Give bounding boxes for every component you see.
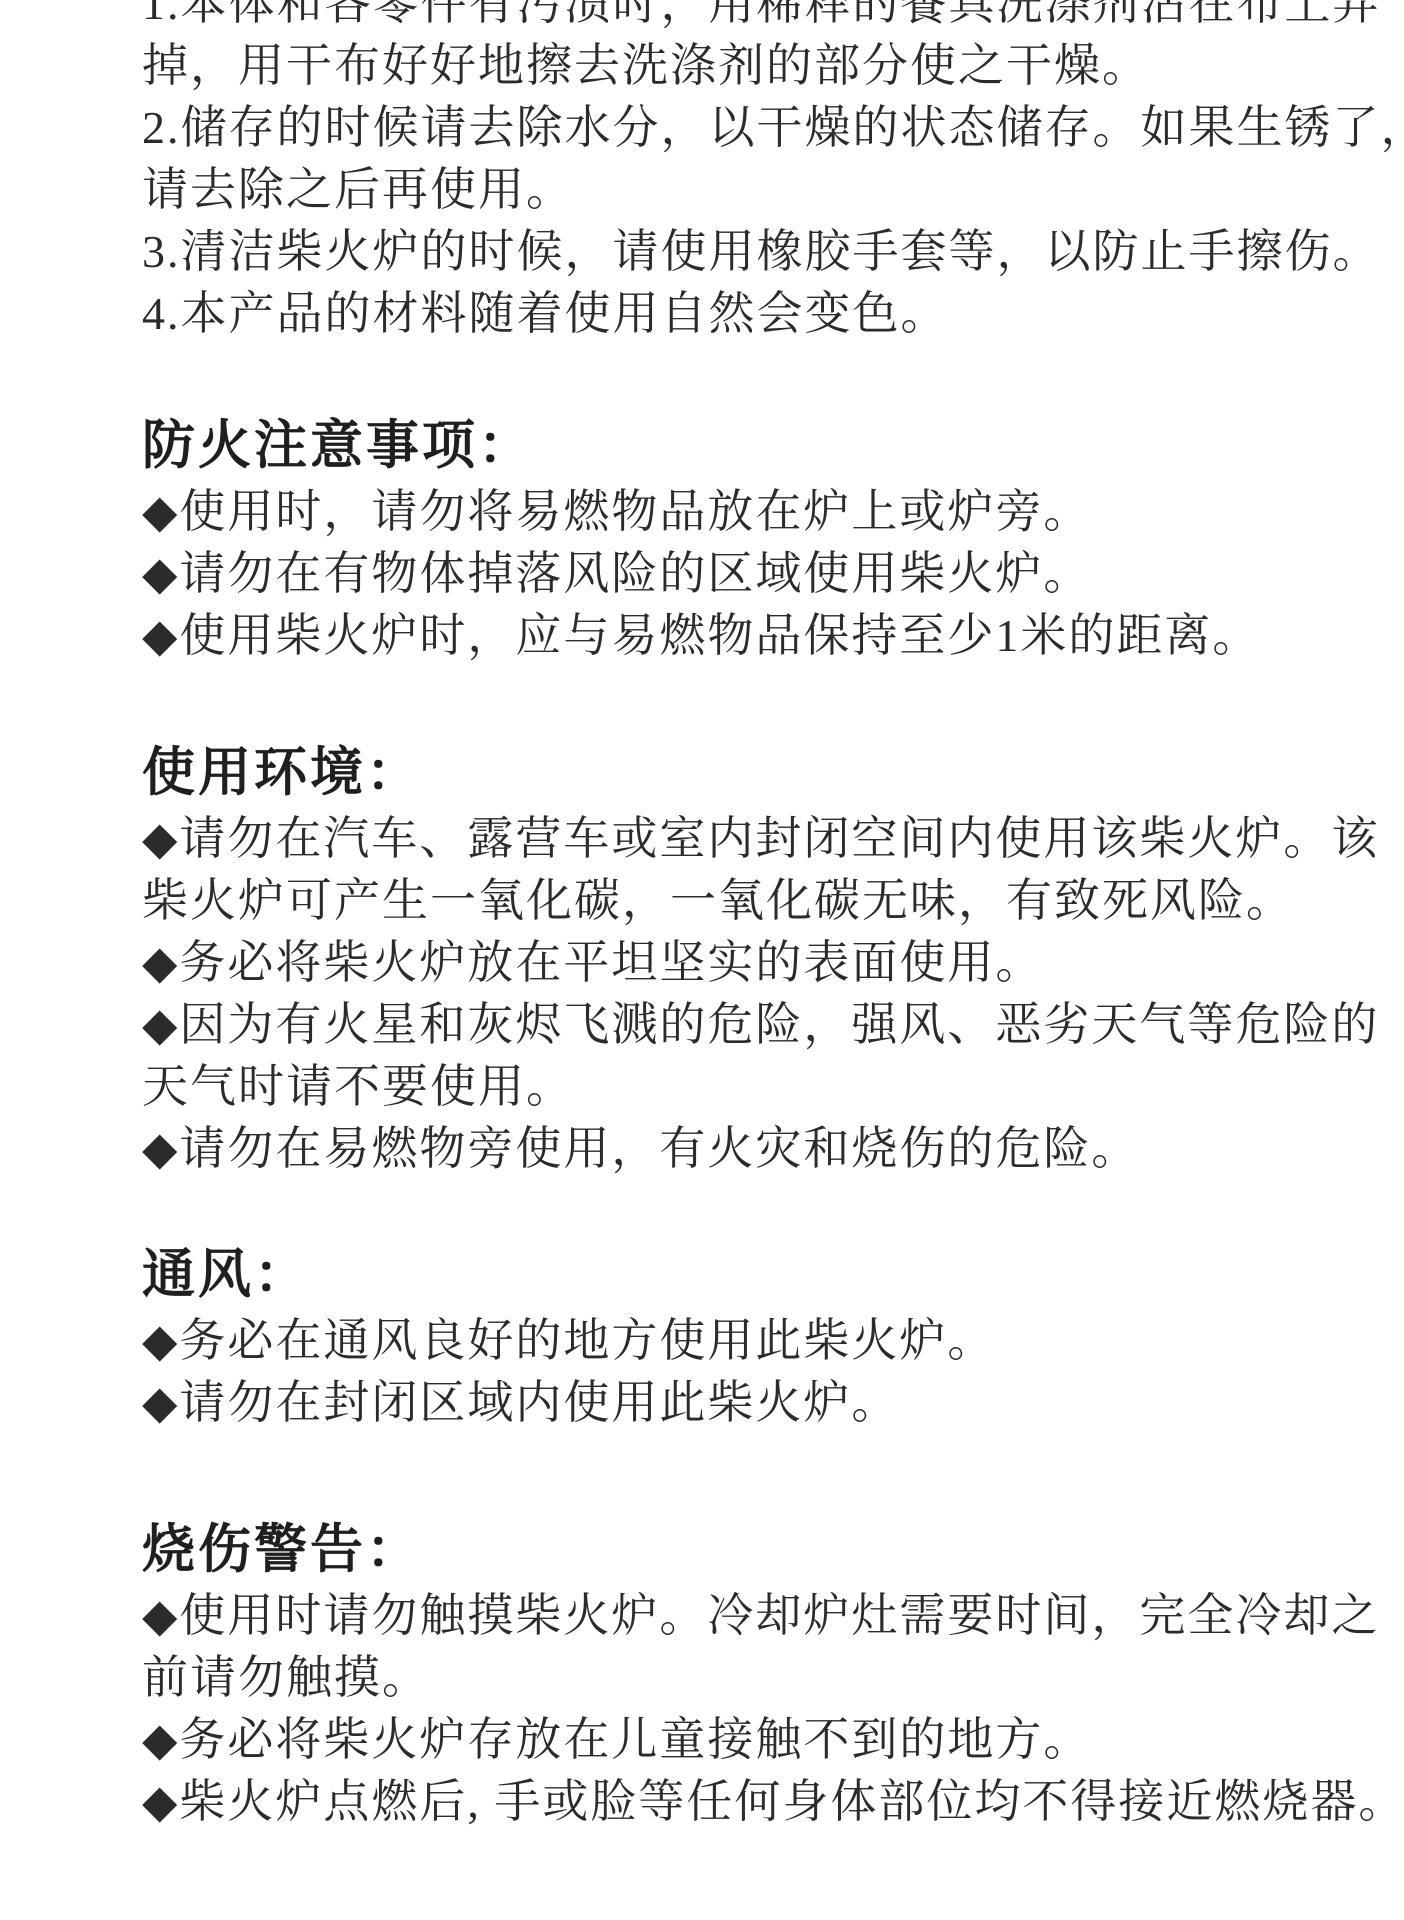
section-fire-safety: 防火注意事项： ◆使用时，请勿将易燃物品放在炉上或炉旁。 ◆请勿在有物体掉落风险… — [142, 411, 1344, 667]
section-title-usage-environment: 使用环境： — [142, 738, 1344, 808]
bullet-line: 天气时请不要使用。 — [142, 1056, 1344, 1118]
care-note-line: 掉，用干布好好地擦去洗涤剂的部分使之干燥。 — [142, 35, 1344, 97]
bullet-line: ◆务必将柴火炉放在平坦坚实的表面使用。 — [142, 932, 1344, 994]
section-burn-warning: 烧伤警告： ◆使用时请勿触摸柴火炉。冷却炉灶需要时间，完全冷却之 前请勿触摸。 … — [142, 1515, 1344, 1833]
bullet-line: ◆使用时请勿触摸柴火炉。冷却炉灶需要时间，完全冷却之 — [142, 1585, 1344, 1647]
care-instructions: 1.本体和各零件有污渍时，用稀释的餐具洗涤剂沾在布上弄 掉，用干布好好地擦去洗涤… — [142, 0, 1344, 345]
section-title-fire-safety: 防火注意事项： — [142, 411, 1344, 481]
section-ventilation: 通风： ◆务必在通风良好的地方使用此柴火炉。 ◆请勿在封闭区域内使用此柴火炉。 — [142, 1240, 1344, 1434]
instructions-content: 1.本体和各零件有污渍时，用稀释的餐具洗涤剂沾在布上弄 掉，用干布好好地擦去洗涤… — [0, 0, 1404, 1833]
care-note-line: 请去除之后再使用。 — [142, 159, 1344, 221]
bullet-line: ◆请勿在汽车、露营车或室内封闭空间内使用该柴火炉。该 — [142, 808, 1344, 870]
section-title-burn-warning: 烧伤警告： — [142, 1515, 1344, 1585]
section-usage-environment: 使用环境： ◆请勿在汽车、露营车或室内封闭空间内使用该柴火炉。该 柴火炉可产生一… — [142, 738, 1344, 1180]
care-note-line: 4.本产品的材料随着使用自然会变色。 — [142, 283, 1344, 345]
care-note-line: 2.储存的时候请去除水分，以干燥的状态储存。如果生锈了， — [142, 97, 1344, 159]
bullet-line: ◆请勿在易燃物旁使用，有火灾和烧伤的危险。 — [142, 1118, 1344, 1180]
product-instructions-page: 1.本体和各零件有污渍时，用稀释的餐具洗涤剂沾在布上弄 掉，用干布好好地擦去洗涤… — [0, 0, 1404, 1920]
care-note-line: 1.本体和各零件有污渍时，用稀释的餐具洗涤剂沾在布上弄 — [142, 0, 1344, 35]
section-title-ventilation: 通风： — [142, 1240, 1344, 1310]
bullet-line: ◆务必在通风良好的地方使用此柴火炉。 — [142, 1310, 1344, 1372]
bullet-line: ◆使用柴火炉时，应与易燃物品保持至少1米的距离。 — [142, 605, 1344, 667]
bullet-line: ◆请勿在有物体掉落风险的区域使用柴火炉。 — [142, 543, 1344, 605]
bullet-line: 柴火炉可产生一氧化碳，一氧化碳无味，有致死风险。 — [142, 870, 1344, 932]
care-note-line: 3.清洁柴火炉的时候，请使用橡胶手套等，以防止手擦伤。 — [142, 221, 1344, 283]
bullet-line: ◆使用时，请勿将易燃物品放在炉上或炉旁。 — [142, 481, 1344, 543]
bullet-line: 前请勿触摸。 — [142, 1647, 1344, 1709]
bullet-line: ◆柴火炉点燃后, 手或脸等任何身体部位均不得接近燃烧器。 — [142, 1771, 1344, 1833]
bullet-line: ◆务必将柴火炉存放在儿童接触不到的地方。 — [142, 1709, 1344, 1771]
bullet-line: ◆请勿在封闭区域内使用此柴火炉。 — [142, 1372, 1344, 1434]
bullet-line: ◆因为有火星和灰烬飞溅的危险，强风、恶劣天气等危险的 — [142, 994, 1344, 1056]
